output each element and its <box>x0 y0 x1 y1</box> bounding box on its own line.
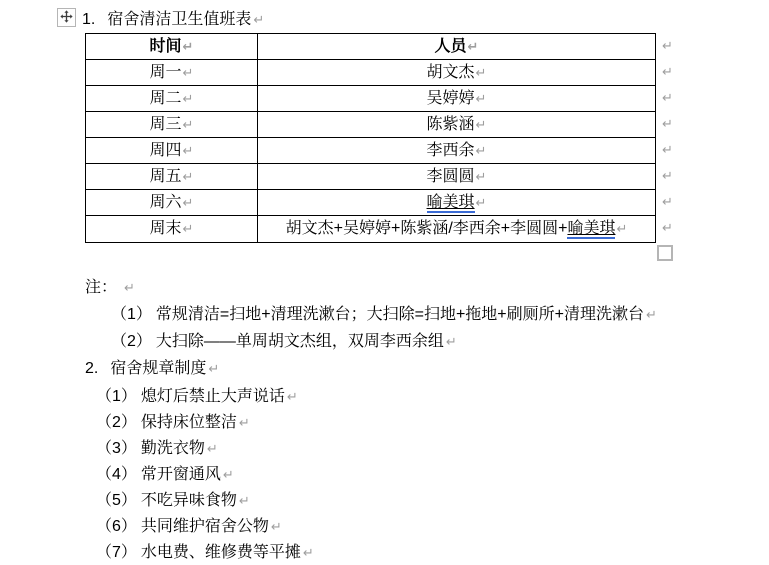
cell-time[interactable]: 周四↵ <box>86 138 258 164</box>
rule-item: （3）勤洗衣物↵ <box>96 438 218 460</box>
cell-person[interactable]: 李圆圆↵ <box>258 164 656 190</box>
paragraph-mark: ↵ <box>207 441 218 456</box>
cell-time[interactable]: 周五↵ <box>86 164 258 190</box>
paragraph-mark: ↵ <box>646 307 657 322</box>
col-header-time[interactable]: 时间↵ <box>86 34 258 60</box>
section2-title: 宿舍规章制度 <box>110 360 206 377</box>
cell-person[interactable]: 吴婷婷↵ <box>258 86 656 112</box>
note-label-line: 注：↵ <box>85 277 135 299</box>
rule-item: （2）保持床位整洁↵ <box>96 412 250 434</box>
row-end-mark: ↵ <box>662 62 673 82</box>
section1-title: 宿舍清洁卫生值班表 <box>107 11 251 28</box>
paragraph-mark: ↵ <box>208 361 219 376</box>
row-end-mark: ↵ <box>662 218 673 238</box>
table-row: 周三↵陈紫涵↵ <box>86 112 656 138</box>
col-header-person[interactable]: 人员↵ <box>258 34 656 60</box>
underlined-name: 喻美琪 <box>427 194 475 213</box>
rule-item: （4）常开窗通风↵ <box>96 464 234 486</box>
table-row: 周六↵喻美琪↵ <box>86 190 656 216</box>
note-item: （1）常规清洁=扫地+清理洗漱台；大扫除=扫地+拖地+刷厕所+清理洗漱台↵ <box>111 304 657 326</box>
paragraph-mark: ↵ <box>271 519 282 534</box>
cell-end-mark: ↵ <box>476 143 487 158</box>
row-end-mark: ↵ <box>662 36 673 56</box>
paragraph-mark: ↵ <box>287 389 298 404</box>
table-row: 周末↵胡文杰+吴婷婷+陈紫涵/李西余+李圆圆+喻美琪↵ <box>86 216 656 243</box>
cell-end-mark: ↵ <box>183 221 194 236</box>
underlined-name: 喻美琪 <box>567 220 615 239</box>
table-header-row: 时间↵ 人员↵ <box>86 34 656 60</box>
row-end-mark: ↵ <box>662 192 673 212</box>
cell-end-mark: ↵ <box>476 65 487 80</box>
paragraph-mark: ↵ <box>253 12 264 27</box>
paragraph-mark: ↵ <box>446 334 457 349</box>
row-end-mark: ↵ <box>662 140 673 160</box>
section2-heading: 2.宿舍规章制度↵ <box>85 358 219 380</box>
table-row: 周一↵胡文杰↵ <box>86 60 656 86</box>
move-cross-icon <box>60 10 73 23</box>
duty-table[interactable]: 时间↵ 人员↵ 周一↵胡文杰↵周二↵吴婷婷↵周三↵陈紫涵↵周四↵李西余↵周五↵李… <box>85 33 656 243</box>
cell-person[interactable]: 胡文杰+吴婷婷+陈紫涵/李西余+李圆圆+喻美琪↵ <box>258 216 656 243</box>
section2-number: 2. <box>85 358 98 380</box>
note-item: （2）大扫除——单周胡文杰组，双周李西余组↵ <box>111 331 457 353</box>
cell-end-mark: ↵ <box>183 169 194 184</box>
cell-person[interactable]: 李西余↵ <box>258 138 656 164</box>
cell-time[interactable]: 周二↵ <box>86 86 258 112</box>
cell-time[interactable]: 周三↵ <box>86 112 258 138</box>
rule-item: （5）不吃异味食物↵ <box>96 490 250 512</box>
cell-end-mark: ↵ <box>183 143 194 158</box>
cell-time[interactable]: 周六↵ <box>86 190 258 216</box>
rule-item: （1）熄灯后禁止大声说话↵ <box>96 386 298 408</box>
cell-time[interactable]: 周末↵ <box>86 216 258 243</box>
cell-end-mark: ↵ <box>468 39 479 54</box>
row-end-mark: ↵ <box>662 166 673 186</box>
rule-item: （6）共同维护宿舍公物↵ <box>96 516 282 538</box>
cell-end-mark: ↵ <box>183 39 194 54</box>
row-end-mark: ↵ <box>662 88 673 108</box>
cell-time[interactable]: 周一↵ <box>86 60 258 86</box>
paragraph-mark: ↵ <box>239 415 250 430</box>
table-row: 周二↵吴婷婷↵ <box>86 86 656 112</box>
section1-number: 1. <box>82 8 95 32</box>
cell-person[interactable]: 陈紫涵↵ <box>258 112 656 138</box>
table-row: 周五↵李圆圆↵ <box>86 164 656 190</box>
paragraph-mark: ↵ <box>124 280 135 295</box>
row-end-mark: ↵ <box>662 114 673 134</box>
cell-end-mark: ↵ <box>476 91 487 106</box>
cell-end-mark: ↵ <box>476 169 487 184</box>
cell-end-mark: ↵ <box>476 117 487 132</box>
paragraph-mark: ↵ <box>239 493 250 508</box>
rule-item: （7）水电费、维修费等平摊↵ <box>96 542 314 564</box>
duty-table-zone: 时间↵ 人员↵ 周一↵胡文杰↵周二↵吴婷婷↵周三↵陈紫涵↵周四↵李西余↵周五↵李… <box>85 33 656 243</box>
note-label: 注： <box>85 279 117 296</box>
cell-person[interactable]: 胡文杰↵ <box>258 60 656 86</box>
cell-end-mark: ↵ <box>183 91 194 106</box>
cell-end-mark: ↵ <box>183 117 194 132</box>
table-resize-handle[interactable] <box>657 245 673 261</box>
cell-end-mark: ↵ <box>476 195 487 210</box>
weekend-person-text: 胡文杰+吴婷婷+陈紫涵/李西余+李圆圆+喻美琪↵ <box>271 216 643 242</box>
cell-person[interactable]: 喻美琪↵ <box>258 190 656 216</box>
document-page: 1.宿舍清洁卫生值班表↵ 时间↵ 人员↵ 周一↵胡文杰↵周二↵吴婷婷↵周三↵陈紫… <box>0 0 769 565</box>
section1-heading: 1.宿舍清洁卫生值班表↵ <box>57 8 264 32</box>
table-row: 周四↵李西余↵ <box>86 138 656 164</box>
cell-end-mark: ↵ <box>616 221 627 236</box>
table-move-handle[interactable] <box>57 8 76 27</box>
cell-end-mark: ↵ <box>183 195 194 210</box>
cell-end-mark: ↵ <box>183 65 194 80</box>
paragraph-mark: ↵ <box>303 545 314 560</box>
paragraph-mark: ↵ <box>223 467 234 482</box>
